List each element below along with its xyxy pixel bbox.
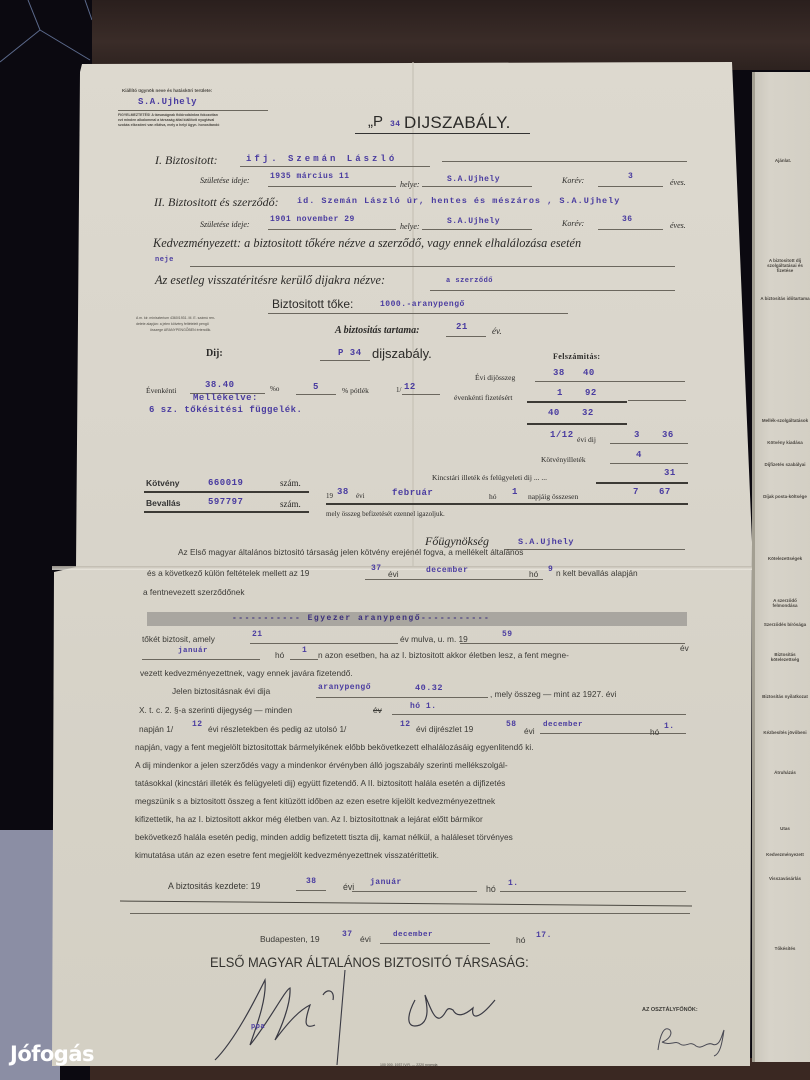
insured1-birth-label: Születése ideje: xyxy=(200,176,250,185)
body-paragraph-1: Az Első magyar általános biztositó társa… xyxy=(178,547,523,557)
field-underline xyxy=(365,579,543,580)
issue-day: 17. xyxy=(536,931,552,940)
page-title: DIJSZABÁLY. xyxy=(404,113,511,133)
field-underline xyxy=(540,733,686,734)
side-label: Tőkésítés xyxy=(760,946,810,951)
policy-label: Kötvény xyxy=(146,478,180,488)
body-text: hó xyxy=(275,650,284,660)
total-year-label: évi xyxy=(356,492,365,500)
start-day: 1. xyxy=(508,879,519,888)
issue-month: december xyxy=(393,931,433,939)
side-label: Mellék-szolgáltatások xyxy=(760,418,810,423)
insured1-place-label: helye: xyxy=(400,180,420,189)
field-underline xyxy=(268,186,396,187)
side-label: Díjfizetés szabályai xyxy=(760,462,810,467)
insured1-age: 3 xyxy=(628,172,633,181)
issue-place: Budapesten, 19 xyxy=(260,934,320,944)
refund-label: Az esetleg visszatéritésre kerülő dijakr… xyxy=(155,273,385,288)
total-month: február xyxy=(392,488,433,498)
calc-whole: 1 xyxy=(557,388,563,398)
payment-confirmation: mely összeg befizetését ezennel igazolju… xyxy=(326,510,445,518)
field-underline xyxy=(446,336,486,337)
field-underline xyxy=(240,166,430,167)
calc-whole: 4 xyxy=(636,450,642,460)
field-underline xyxy=(250,643,398,644)
field-underline xyxy=(610,463,688,464)
side-label: Kedvezményezett xyxy=(760,852,810,857)
body-text: n kelt bevallás alapján xyxy=(556,568,638,578)
total-month-label: hó xyxy=(489,492,497,501)
start-day-label: hó xyxy=(486,884,496,894)
body-text: évi dijrészlet 19 xyxy=(416,724,473,734)
side-label: Kötelezettségek xyxy=(760,556,810,561)
declaration-suffix: szám. xyxy=(280,499,301,509)
field-underline xyxy=(422,186,532,187)
side-label: Visszavásárlás xyxy=(760,876,810,881)
body-text: év mulva, u. m. 19 xyxy=(400,634,468,644)
body-text: Jelen biztositásnak évi dija xyxy=(172,686,270,696)
tariff-label: dijszabály. xyxy=(372,346,432,361)
issue-day-label: hó xyxy=(516,935,525,945)
insured2-age-label: Korév: xyxy=(562,219,584,228)
body-text: vezett kedvezményezettnek, vagy ennek ja… xyxy=(140,668,353,678)
body-text: kifizettetik, ha az I. biztositott akkor… xyxy=(135,814,483,824)
side-label: Biztosítás kötelezettség xyxy=(760,652,810,662)
fine-print-line: delete alapján: a jelen kötvény feltétel… xyxy=(136,322,209,327)
annual-label: Évenkénti xyxy=(146,386,176,395)
body-text: X. t. c. 2. §-a szerinti dijegység — min… xyxy=(139,705,292,715)
second-document-sheet xyxy=(752,72,810,1062)
title-underline xyxy=(355,133,530,134)
calc-frac: 40 xyxy=(583,368,595,378)
field-underline xyxy=(290,659,318,660)
calc-frac: 36 xyxy=(662,430,674,440)
field-underline xyxy=(505,549,685,550)
calc-whole: 3 xyxy=(634,430,640,440)
title-prefix: „P xyxy=(368,113,383,130)
annual-value: 38.40 xyxy=(205,380,235,390)
field-underline xyxy=(598,186,663,187)
installment-fraction: 12 xyxy=(192,720,203,729)
body-text: hó xyxy=(650,727,659,737)
declaration-year: 37 xyxy=(371,564,382,573)
declaration-month: december xyxy=(426,566,468,575)
notice-line: szokás elkezdeni van ellátva, mely a hel… xyxy=(118,123,219,128)
maturity-month: január xyxy=(178,647,208,655)
field-underline xyxy=(352,891,477,892)
sum-line xyxy=(527,401,627,403)
field-underline xyxy=(598,229,663,230)
body-text: n azon esetben, ha az I. biztositott akk… xyxy=(318,650,569,660)
insured2-place-label: helye: xyxy=(400,222,420,231)
notice-line: ezt minden alkalommal a társaság által k… xyxy=(118,118,214,123)
side-label: Átruházás xyxy=(760,770,810,775)
total-underline xyxy=(326,503,688,505)
signature-stamp: ppa xyxy=(251,1023,265,1031)
body-text: tatásokkal (kincstári illeték és felügye… xyxy=(135,778,505,788)
field-underline xyxy=(118,110,268,111)
field-underline xyxy=(190,266,675,267)
calc-whole: 38 xyxy=(553,368,565,378)
body-text: évi xyxy=(388,569,399,579)
capital-amount-words: ----------- Egyezer aranypengő----------… xyxy=(232,614,490,623)
sum-line xyxy=(596,482,688,484)
body-text: kimutatása után az ezen esetre fent megj… xyxy=(135,850,439,860)
issue-year-label: évi xyxy=(360,934,371,944)
body-text: bekövetkező halála esetén pedig, minden … xyxy=(135,832,513,842)
fee-label: Dij: xyxy=(206,348,223,359)
body-text: évi xyxy=(524,726,535,736)
field-underline xyxy=(610,443,688,444)
body-text: napján 1/ xyxy=(139,724,173,734)
agency-value: S.A.Ujhely xyxy=(138,97,197,107)
last-installment-day: 1. xyxy=(664,722,675,731)
maturity-years: 21 xyxy=(252,630,263,639)
title-tariff-code: 34 xyxy=(390,120,401,129)
field-underline xyxy=(268,229,396,230)
insured1-name: ifj. Szemán László xyxy=(246,154,397,164)
last-installment-year: 58 xyxy=(506,720,517,729)
total-whole: 7 xyxy=(633,487,639,497)
tariff-value: P 34 xyxy=(338,348,362,358)
start-month: január xyxy=(370,878,402,887)
notice-line: FIGYELMEZTETÉS! A társaságnak fiókirodái… xyxy=(118,113,218,118)
field-underline xyxy=(144,491,309,493)
annual-premium-amount: 40.32 xyxy=(415,683,443,693)
insured2-birth-date: 1901 november 29 xyxy=(270,215,355,224)
permille-label: %o xyxy=(270,385,279,393)
field-underline xyxy=(460,643,685,644)
body-text: napján, vagy a fent megjelölt biztositot… xyxy=(135,742,534,752)
insured1-label: I. Biztositott: xyxy=(155,153,218,168)
field-underline xyxy=(316,697,488,698)
body-text: év xyxy=(680,643,689,653)
calc-label: Évi dijösszeg xyxy=(475,373,515,382)
term-unit: év. xyxy=(492,326,502,336)
term-label: A biztositás tartama: xyxy=(335,325,419,336)
wooden-surface xyxy=(92,0,810,70)
calc-label: évi dij xyxy=(577,435,596,444)
agency-label: Kiállító ügynök neve és hatásköri terüle… xyxy=(122,89,212,94)
insured1-birth-date: 1935 március 11 xyxy=(270,172,350,181)
capital-value: 1000.-aranypengő xyxy=(380,300,465,309)
beneficiary-value: neje xyxy=(155,256,174,264)
calc-whole: 40 xyxy=(548,408,560,418)
fraction-prefix: 1/ xyxy=(396,386,401,394)
insured1-age-label: Korév: xyxy=(562,176,584,185)
body-text: tőkét biztosit, amely xyxy=(142,634,215,644)
field-underline xyxy=(320,360,370,361)
insurance-policy-document xyxy=(52,62,752,1066)
field-underline xyxy=(402,394,440,395)
policy-number: 660019 xyxy=(208,478,243,488)
field-underline xyxy=(392,714,686,715)
insured2-name: id. Szemán László úr, hentes és mészáros… xyxy=(297,196,620,206)
side-label: Szerződés bírósága xyxy=(760,622,810,627)
fraction-value: 12 xyxy=(404,382,416,392)
calc-prefix: 1/12 xyxy=(550,430,574,440)
calculation-title: Felszámitás: xyxy=(553,352,600,361)
total-frac: 67 xyxy=(659,487,671,497)
fine-print-line: A m. kir. miniszterium 4360/1931. M. E. … xyxy=(136,316,215,321)
calc-frac: 32 xyxy=(582,408,594,418)
insured2-age-unit: éves. xyxy=(670,221,686,230)
issue-year: 37 xyxy=(342,930,353,939)
capital-label: Biztositott tőke: xyxy=(272,297,353,311)
side-label: Ajánlat. xyxy=(758,158,808,163)
last-installment-month: december xyxy=(543,721,583,729)
signature xyxy=(195,960,515,1070)
field-underline xyxy=(296,890,326,891)
total-day: 1 xyxy=(512,487,518,497)
side-label: Utas xyxy=(760,826,810,831)
calc-frac: 31 xyxy=(664,468,676,478)
payment-frequency: hó 1. xyxy=(410,702,437,711)
body-text: megszünik s a biztositott összeg a fent … xyxy=(135,796,495,806)
print-code: 100 000. 1937 IV.R. — 2220 nyomda xyxy=(380,1063,437,1068)
total-year: 38 xyxy=(337,487,349,497)
side-label: Kötvény kiadása xyxy=(760,440,810,445)
side-label: Díjak posta-költsége xyxy=(760,494,810,499)
installment-fraction: 12 xyxy=(400,720,411,729)
side-label: A biztositott díj szolgáltatásai és fize… xyxy=(760,258,810,273)
insured2-label: II. Biztositott és szerződő: xyxy=(154,195,279,210)
insured2-birth-label: Születése ideje: xyxy=(200,220,250,229)
department-head-label: AZ OSZTÁLYFŐNÖK: xyxy=(642,1008,698,1013)
field-underline xyxy=(144,511,309,513)
maturity-day: 1 xyxy=(302,646,307,655)
term-value: 21 xyxy=(456,322,468,332)
field-underline xyxy=(380,943,490,944)
beneficiary-label: Kedvezményezett: a biztositott tőkére né… xyxy=(153,236,581,251)
fine-print-line: összege ARANYPENGŐBEN értendők. xyxy=(150,328,211,333)
calc-label: Kötvényilleték xyxy=(541,455,586,464)
total-label: napjáig összesen xyxy=(528,492,578,501)
field-underline xyxy=(142,659,260,660)
field-underline xyxy=(296,394,336,395)
declaration-number: 597797 xyxy=(208,497,243,507)
maturity-year: 59 xyxy=(502,630,513,639)
attached-label: Mellékelve: xyxy=(193,393,258,403)
calc-label: évenkénti fizetésért xyxy=(454,393,513,402)
body-text: , mely összeg — mint az 1927. évi xyxy=(490,689,616,699)
department-head-signature xyxy=(650,1020,730,1060)
annual-premium-currency: aranypengő xyxy=(318,683,371,692)
insured2-place: S.A.Ujhely xyxy=(447,217,500,226)
field-underline xyxy=(430,290,675,291)
body-text: a fentnevezett szerződőnek xyxy=(143,587,244,597)
calc-frac: 92 xyxy=(585,388,597,398)
field-underline xyxy=(628,400,686,401)
sheet-edge xyxy=(752,72,755,1062)
calc-label: Kincstári illeték és felügyeleti dij ...… xyxy=(432,473,547,482)
total-year-prefix: 19 xyxy=(326,492,333,500)
sum-line xyxy=(527,423,627,425)
refund-value: a szerződő xyxy=(446,277,493,285)
attached-value: 6 sz. tőkésitési függelék. xyxy=(149,405,302,415)
surcharge-value: 5 xyxy=(313,382,319,392)
side-label: A biztositás időtartama xyxy=(760,296,810,301)
field-underline xyxy=(268,313,568,314)
insured1-place: S.A.Ujhely xyxy=(447,175,500,184)
jofogas-watermark-logo: Jófogás xyxy=(10,1042,94,1066)
body-text: és a következő külön feltételek mellett … xyxy=(147,568,309,578)
declaration-label: Bevallás xyxy=(146,498,181,508)
side-label: Kézbesítés jövőbeni xyxy=(760,730,810,735)
field-underline xyxy=(422,229,532,230)
insured1-age-unit: éves. xyxy=(670,178,686,187)
field-underline xyxy=(500,891,686,892)
body-text: hó xyxy=(529,569,538,579)
start-label: A biztositás kezdete: 19 xyxy=(168,881,260,891)
side-label: A szerződő felmondása xyxy=(760,598,810,608)
start-year: 38 xyxy=(306,877,317,886)
policy-suffix: szám. xyxy=(280,478,301,488)
agency-value: S.A.Ujhely xyxy=(518,537,574,547)
body-text: A dij mindenkor a jelen szerződés vagy a… xyxy=(135,760,508,770)
field-underline xyxy=(535,381,685,382)
surcharge-label: % pótlék xyxy=(342,386,369,395)
section-divider xyxy=(130,913,690,914)
field-underline xyxy=(442,161,687,162)
side-label: Biztosítás nyilatkozat xyxy=(760,694,810,699)
body-text: évi részletekben és pedig az utolsó 1/ xyxy=(208,724,346,734)
insured2-age: 36 xyxy=(622,215,633,224)
declaration-day: 9 xyxy=(548,565,553,574)
struck-text: év xyxy=(373,705,382,715)
